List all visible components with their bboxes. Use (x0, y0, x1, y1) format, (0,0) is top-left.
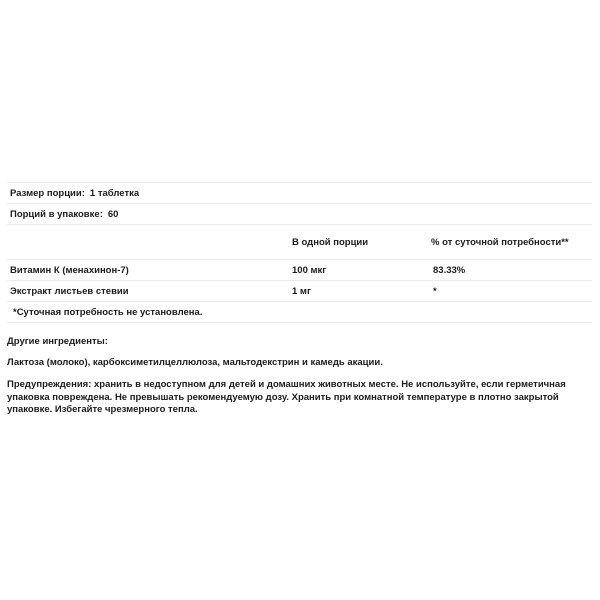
column-header-amount: В одной порции (292, 225, 368, 259)
warnings-line: упаковка повреждена. Не превышать рекоме… (7, 392, 592, 405)
other-ingredients-title: Другие ингредиенты: (7, 336, 592, 349)
warnings-line: Предупреждения: хранить в недоступном дл… (7, 379, 592, 392)
ingredient-name: Витамин К (менахинон-7) (10, 260, 129, 280)
other-ingredients-text: Лактоза (молоко), карбоксиметилцеллюлоза… (7, 357, 592, 370)
column-header-daily-value: % от суточной потребности** (431, 225, 569, 259)
ingredient-amount: 100 мкг (292, 260, 326, 280)
servings-per-container-value: 60 (108, 209, 119, 220)
daily-value-footnote: *Суточная потребность не установлена. (13, 302, 202, 322)
ingredient-daily-value: * (433, 281, 437, 301)
table-row: Экстракт листьев стевии 1 мг * (7, 281, 592, 302)
footnote-row: *Суточная потребность не установлена. (7, 302, 592, 323)
ingredient-name: Экстракт листьев стевии (10, 281, 129, 301)
table-row: Витамин К (менахинон-7) 100 мкг 83.33% (7, 260, 592, 281)
warnings-text: Предупреждения: хранить в недоступном дл… (7, 379, 592, 417)
warnings-line: упаковке. Избегайте чрезмерного тепла. (7, 404, 592, 417)
table-header-row: В одной порции % от суточной потребности… (7, 225, 592, 260)
supplement-facts-table: Размер порции: 1 таблетка Порций в упако… (7, 182, 592, 323)
ingredient-amount: 1 мг (292, 281, 311, 301)
serving-size-value: 1 таблетка (90, 188, 139, 199)
ingredient-daily-value: 83.33% (433, 260, 465, 280)
serving-size-label: Размер порции: (10, 188, 85, 199)
servings-per-container-label: Порций в упаковке: (10, 209, 103, 220)
servings-per-container-row: Порций в упаковке: 60 (7, 204, 592, 225)
serving-size-row: Размер порции: 1 таблетка (7, 183, 592, 204)
